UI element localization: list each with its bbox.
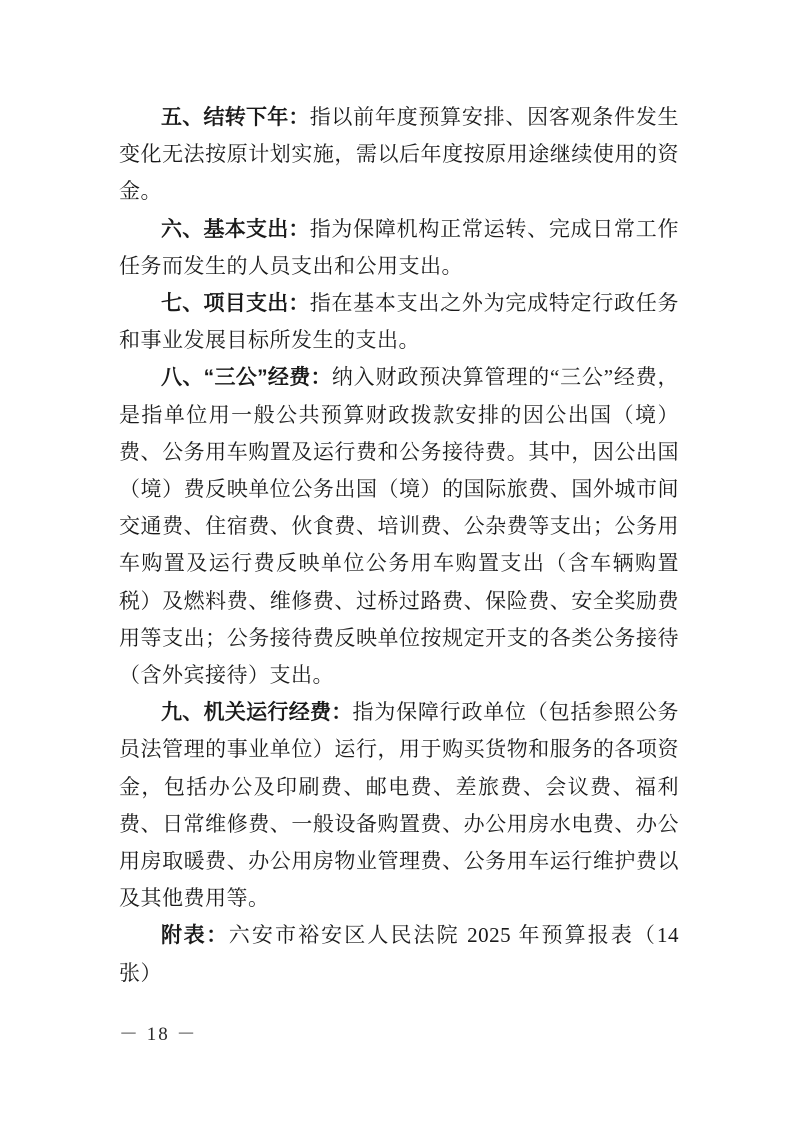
paragraph-three-public-funds-definition: 八、“三公”经费：纳入财政预决算管理的“三公”经费，是指单位用一般公共预算财政拨… (119, 359, 679, 694)
paragraph-lead-agency-operating-funds: 九、机关运行经费： (161, 701, 353, 724)
document-page: 五、结转下年：指以前年度预算安排、因客观条件发生变化无法按原计划实施，需以后年度… (0, 0, 793, 1122)
paragraph-carryover-definition: 五、结转下年：指以前年度预算安排、因客观条件发生变化无法按原计划实施，需以后年度… (119, 99, 679, 211)
paragraph-lead-three-public-funds: 八、“三公”经费： (161, 366, 332, 389)
page-number: － 18 － (119, 1019, 198, 1046)
paragraph-agency-operating-funds-definition: 九、机关运行经费：指为保障行政单位（包括参照公务员法管理的事业单位）运行，用于购… (119, 694, 679, 917)
paragraph-lead-project-expenditure: 七、项目支出： (161, 292, 310, 315)
paragraph-lead-appendix-note: 附表： (161, 924, 229, 947)
paragraph-basic-expenditure-definition: 六、基本支出：指为保障机构正常运转、完成日常工作任务而发生的人员支出和公用支出。 (119, 211, 679, 285)
paragraph-text-agency-operating-funds: 指为保障行政单位（包括参照公务员法管理的事业单位）运行，用于购买货物和服务的各项… (119, 700, 679, 910)
paragraph-appendix-note: 附表：六安市裕安区人民法院 2025 年预算报表（14 张） (119, 917, 679, 991)
document-body: 五、结转下年：指以前年度预算安排、因客观条件发生变化无法按原计划实施，需以后年度… (119, 99, 679, 992)
paragraph-lead-basic-expenditure: 六、基本支出： (161, 218, 310, 241)
paragraph-lead-carryover: 五、结转下年： (161, 106, 310, 129)
paragraph-text-three-public-funds: 纳入财政预决算管理的“三公”经费，是指单位用一般公共预算财政拨款安排的因公出国（… (119, 365, 679, 687)
paragraph-project-expenditure-definition: 七、项目支出：指在基本支出之外为完成特定行政任务和事业发展目标所发生的支出。 (119, 285, 679, 359)
